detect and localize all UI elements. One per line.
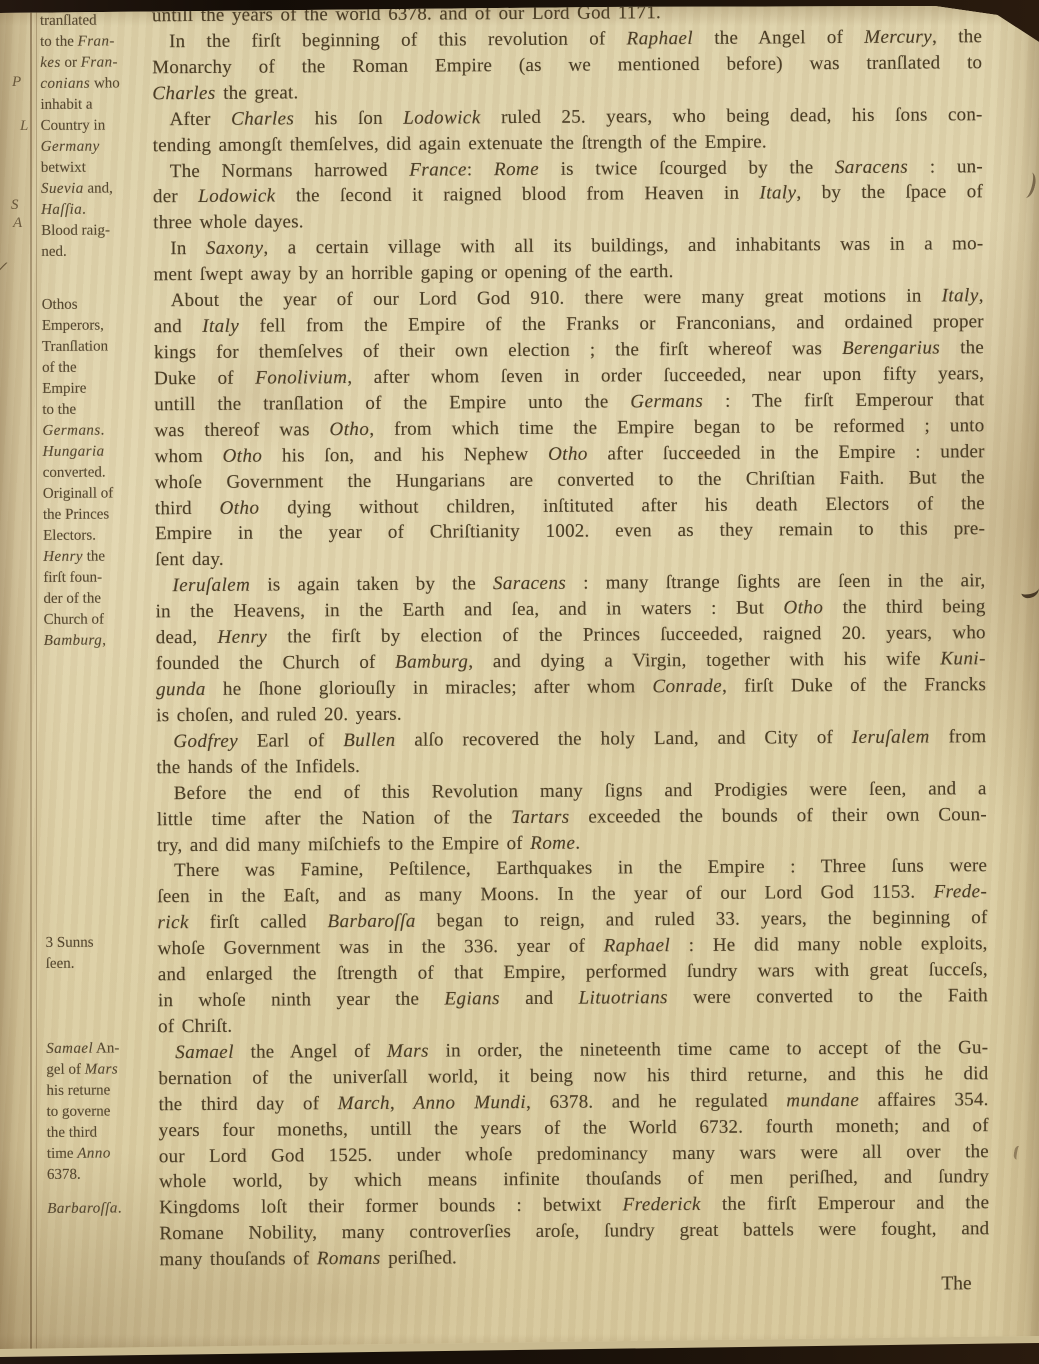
gutter-letter: P bbox=[12, 74, 21, 91]
margin-note-line: Tranſlation bbox=[42, 336, 154, 358]
margin-note-line: ned. bbox=[41, 241, 153, 263]
italic-text: rick bbox=[157, 912, 188, 933]
margin-note-line: converted. bbox=[43, 462, 155, 484]
margin-note-line: Bamburg, bbox=[44, 630, 156, 652]
margin-note-line: kes or Fran- bbox=[40, 52, 152, 74]
italic-text: Rome bbox=[530, 832, 575, 853]
margin-note-line: Germans. bbox=[42, 420, 154, 442]
italic-text: Otho bbox=[220, 497, 260, 518]
italic-text: Kuni- bbox=[940, 648, 986, 669]
italic-text: mundane bbox=[786, 1090, 859, 1111]
margin-note-line: Church of bbox=[44, 609, 156, 631]
margin-note-line: gel of Mars bbox=[46, 1059, 158, 1081]
italic-text: Otho bbox=[548, 443, 588, 464]
italic-text: Bullen bbox=[343, 730, 395, 751]
italic-text: Fran- bbox=[81, 54, 118, 70]
italic-text: Suevia bbox=[41, 181, 84, 197]
italic-text: Bamburg bbox=[395, 651, 468, 672]
text-line: many thouſands of Romans periſhed. bbox=[159, 1244, 989, 1275]
italic-text: conians bbox=[40, 76, 90, 92]
margin-note-line: 3 Sunns bbox=[46, 932, 158, 954]
margin-note-line: Country in bbox=[41, 115, 153, 137]
italic-text: Charles bbox=[231, 108, 294, 129]
italic-text: Romans bbox=[317, 1248, 381, 1269]
margin-note-line: to the bbox=[42, 399, 154, 421]
italic-text: Haſſia bbox=[41, 202, 82, 218]
italic-text: Mars bbox=[85, 1061, 119, 1077]
italic-text: Rome bbox=[494, 158, 539, 179]
margin-note-line: Blood raig- bbox=[41, 220, 153, 242]
margin-note: tranſlatedto the Fran-kes or Fran-conian… bbox=[40, 10, 154, 263]
margin-note-line: Originall of bbox=[43, 483, 155, 505]
italic-text: Otho bbox=[783, 597, 823, 618]
italic-text: Lodowick bbox=[403, 107, 481, 128]
italic-text: Anno bbox=[77, 1146, 111, 1162]
gutter-letter: ✓ bbox=[0, 258, 8, 277]
margin-note-line: Haſſia. bbox=[41, 199, 153, 221]
italic-text: Otho bbox=[329, 419, 369, 440]
margin-note-line: 6378. bbox=[47, 1164, 159, 1186]
margin-notes: tranſlatedto the Fran-kes or Fran-conian… bbox=[40, 2, 152, 3]
margin-note-line: tranſlated bbox=[40, 10, 152, 32]
margin-note-line: Hungaria bbox=[43, 441, 155, 463]
italic-text: Saxony bbox=[206, 238, 264, 259]
italic-text: Frede- bbox=[934, 881, 988, 902]
italic-text: Conrade bbox=[652, 676, 722, 697]
gutter-letter: A bbox=[13, 215, 22, 232]
italic-text: Raphael bbox=[627, 28, 694, 49]
margin-note-line: the third bbox=[47, 1122, 159, 1144]
margin-note-line: Electors. bbox=[43, 525, 155, 547]
italic-text: kes bbox=[40, 55, 61, 71]
margin-note-line: to the Fran- bbox=[40, 31, 152, 53]
italic-text: Ieruſalem bbox=[172, 575, 250, 596]
margin-note-line: Othos bbox=[42, 294, 154, 316]
italic-text: Godfrey bbox=[173, 731, 238, 752]
italic-text: Mars bbox=[387, 1040, 429, 1061]
margin-note-line: ſeen. bbox=[46, 953, 158, 975]
margin-note-line: betwixt bbox=[41, 157, 153, 179]
italic-text: Fonolivium bbox=[255, 367, 347, 389]
italic-text: Henry bbox=[43, 549, 83, 565]
italic-text: Saracens bbox=[493, 573, 566, 594]
italic-text: Hungaria bbox=[43, 444, 105, 460]
italic-text: Otho bbox=[222, 445, 262, 466]
italic-text: Tartars bbox=[511, 806, 570, 827]
margin-note: OthosEmperors,Tranſlationof theEmpireto … bbox=[42, 294, 156, 652]
italic-text: Germans bbox=[42, 423, 100, 439]
margin-note-line: der of the bbox=[43, 588, 155, 610]
margin-note-line: inhabit a bbox=[40, 94, 152, 116]
italic-text: Barbaroſſa bbox=[327, 911, 415, 933]
italic-text: Henry bbox=[217, 627, 267, 648]
italic-text: Italy bbox=[759, 183, 796, 204]
margin-note-line: Germany bbox=[41, 136, 153, 158]
margin-note: 3 Sunnsſeen. bbox=[46, 932, 158, 975]
margin-note: Barbaroſſa. bbox=[47, 1198, 159, 1220]
margin-note-line: Henry the bbox=[43, 546, 155, 568]
margin-note-line: his returne bbox=[46, 1080, 158, 1102]
margin-note-line: to governe bbox=[47, 1101, 159, 1123]
book-scan: tranſlatedto the Fran-kes or Fran-conian… bbox=[0, 0, 1039, 1364]
margin-note: Samael An-gel of Marshis returneto gover… bbox=[46, 1038, 159, 1186]
italic-text: Fran- bbox=[78, 33, 115, 49]
margin-note-line: of the bbox=[42, 357, 154, 379]
italic-text: Germans bbox=[630, 391, 703, 412]
italic-text: gunda bbox=[156, 679, 206, 700]
italic-text: Mercury bbox=[864, 26, 932, 47]
margin-note-line: Suevia and, bbox=[41, 178, 153, 200]
italic-text: Lodowick bbox=[198, 186, 276, 207]
page: tranſlatedto the Fran-kes or Fran-conian… bbox=[0, 0, 1039, 1364]
body-text: untill the years of the world 6378. and … bbox=[152, 0, 990, 1275]
italic-text: Lituotrians bbox=[578, 987, 668, 1009]
margin-note-line: time Anno bbox=[47, 1143, 159, 1165]
margin-note-line: the Princes bbox=[43, 504, 155, 526]
italic-text: Samael bbox=[46, 1041, 93, 1057]
italic-text: Samael bbox=[175, 1042, 234, 1063]
margin-note-line: Samael An- bbox=[46, 1038, 158, 1060]
gutter-letter: S bbox=[11, 197, 19, 214]
italic-text: Frederick bbox=[623, 1194, 701, 1215]
margin-note-line: Empire bbox=[42, 378, 154, 400]
italic-text: Germany bbox=[41, 139, 100, 155]
italic-text: Italy bbox=[202, 316, 239, 337]
italic-text: Italy bbox=[942, 285, 979, 306]
italic-text: France bbox=[409, 159, 467, 180]
italic-text: Berengarius bbox=[842, 337, 940, 359]
italic-text: Egians bbox=[444, 988, 500, 1009]
italic-text: Ieruſalem bbox=[852, 726, 930, 747]
italic-text: Barbaroſſa bbox=[47, 1200, 118, 1216]
catchword: The bbox=[160, 1273, 972, 1300]
margin-note-line: Barbaroſſa. bbox=[47, 1198, 159, 1220]
italic-text: Raphael bbox=[604, 935, 671, 956]
page-content: tranſlatedto the Fran-kes or Fran-conian… bbox=[0, 0, 1039, 1364]
margin-note-line: conians who bbox=[40, 73, 152, 95]
margin-note-line: firſt foun- bbox=[43, 567, 155, 589]
italic-text: Bamburg bbox=[44, 633, 103, 649]
gutter-letter: L bbox=[20, 118, 28, 135]
margin-note-line: Emperors, bbox=[42, 315, 154, 337]
italic-text: March bbox=[338, 1093, 390, 1114]
italic-text: Anno Mundi bbox=[413, 1092, 526, 1114]
italic-text: Charles bbox=[152, 83, 215, 104]
italic-text: Saracens bbox=[835, 156, 908, 177]
